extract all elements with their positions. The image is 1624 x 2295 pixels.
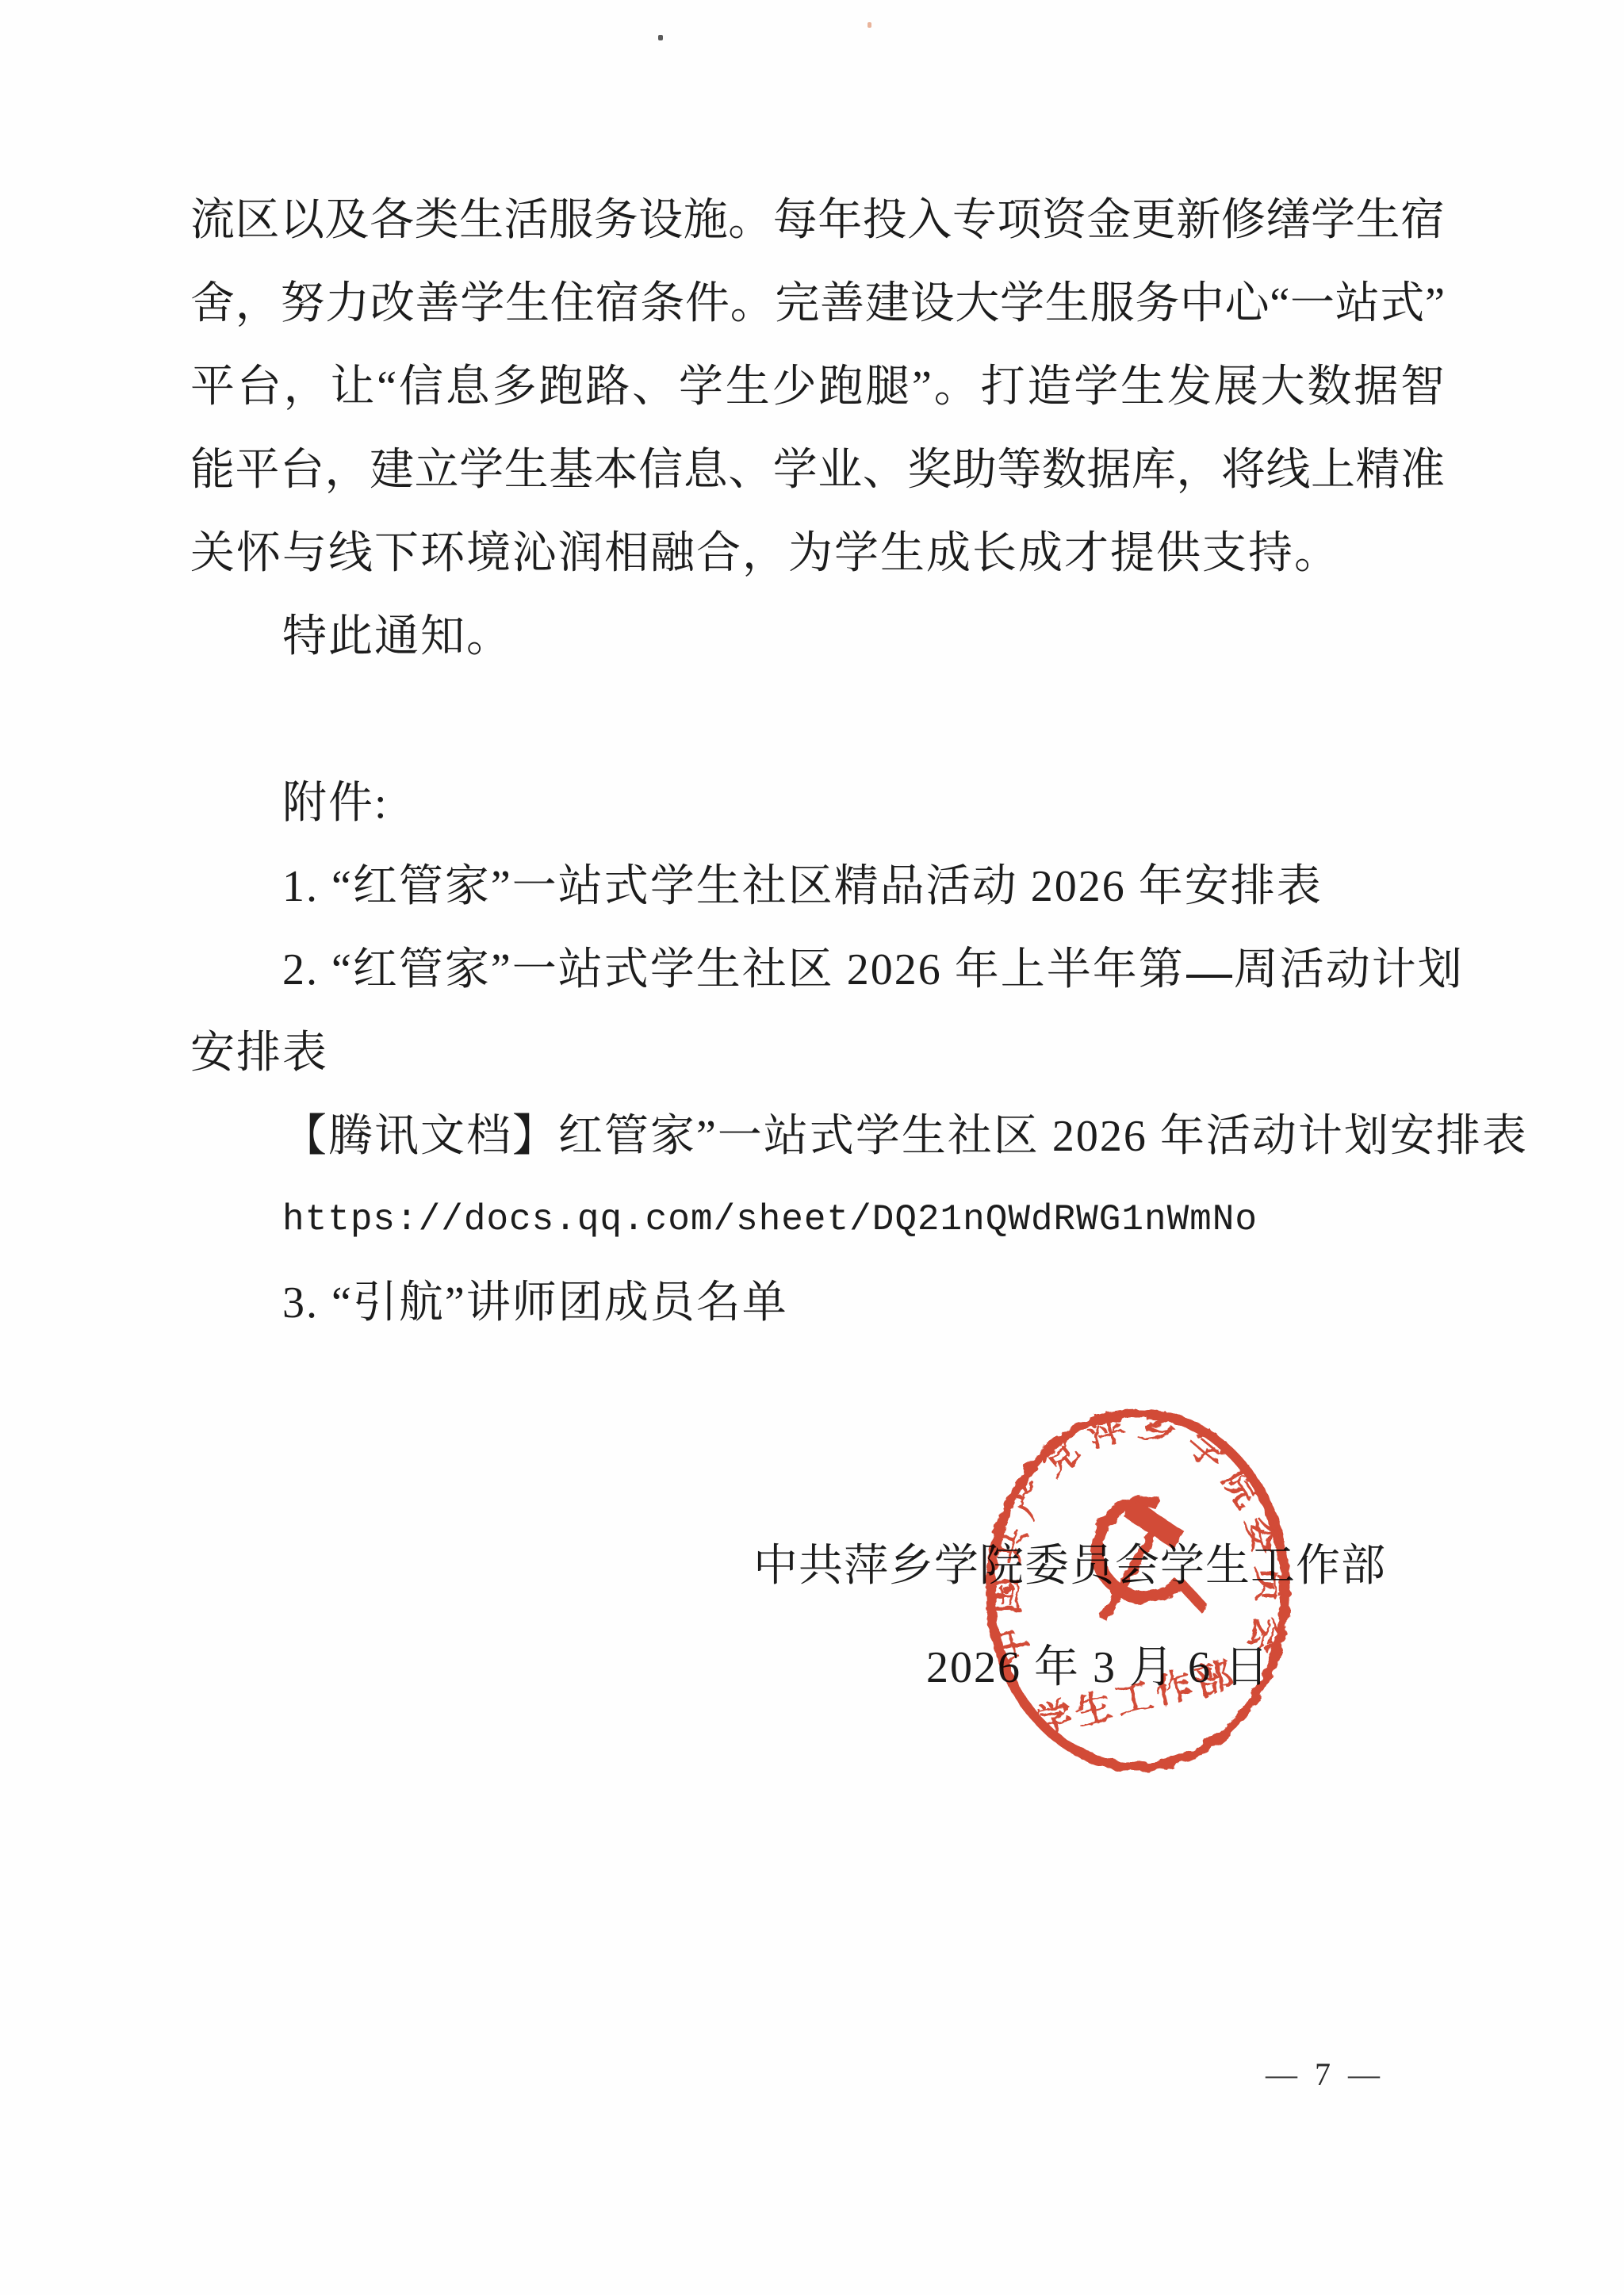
- attachment-item-2: 2. “红管家”一站式学生社区 2026 年上半年第周活动计划: [190, 929, 1445, 1012]
- attachment-item-3: 3. “引航”讲师团成员名单: [190, 1262, 1445, 1345]
- body-line: 能平台，建立学生基本信息、学业、奖助等数据库，将线上精准: [190, 429, 1445, 512]
- scan-speck-dark: [658, 35, 663, 40]
- stamp-ring-text-holder: 中国共产党萍乡学院委员会: [985, 1404, 1291, 1668]
- attachment-item-2-wrap: 安排表: [190, 1012, 1445, 1095]
- fill-in-blank-underline: [1186, 968, 1232, 978]
- doc-url: https://docs.qq.com/sheet/DQ21nQWdRWG1nW…: [190, 1178, 1445, 1262]
- hammer-sickle-icon: [1081, 1493, 1205, 1630]
- page-number: — 7 —: [1266, 2056, 1385, 2093]
- stamp-bottom-text: 学生工作部: [1032, 1654, 1242, 1743]
- attachment-item-2-text: 2. “红管家”一站式学生社区 2026 年上半年第: [282, 945, 1185, 994]
- body-line: 流区以及各类生活服务设施。每年投入专项资金更新修缮学生宿: [190, 179, 1445, 262]
- attachment-item-2-text-cont: 周活动计划: [1234, 945, 1464, 994]
- closing-line: 特此通知。: [190, 596, 1445, 679]
- body-line: 关怀与线下环境沁润相融合，为学生成长成才提供支持。: [190, 512, 1445, 596]
- attachment-item-1: 1. “红管家”一站式学生社区精品活动 2026 年安排表: [190, 845, 1445, 929]
- scan-speck-orange: [868, 22, 871, 28]
- body-line: 平台，让“信息多跑路、学生少跑腿”。打造学生发展大数据智: [190, 346, 1445, 429]
- stamp-ring-text: 中国共产党萍乡学院委员会: [985, 1404, 1291, 1668]
- tencent-doc-line: 【腾讯文档】红管家”一站式学生社区 2026 年活动计划安排表: [190, 1095, 1445, 1178]
- blank-line: [190, 679, 1445, 762]
- attachments-heading: 附件:: [190, 762, 1445, 845]
- body-line: 舍，努力改善学生住宿条件。完善建设大学生服务中心“一站式”: [190, 262, 1445, 346]
- body-text-block: 流区以及各类生活服务设施。每年投入专项资金更新修缮学生宿 舍，努力改善学生住宿条…: [190, 179, 1445, 1345]
- official-stamp: 中国共产党萍乡学院委员会 学生工作部: [971, 1392, 1304, 1788]
- document-page: 流区以及各类生活服务设施。每年投入专项资金更新修缮学生宿 舍，努力改善学生住宿条…: [0, 0, 1624, 2295]
